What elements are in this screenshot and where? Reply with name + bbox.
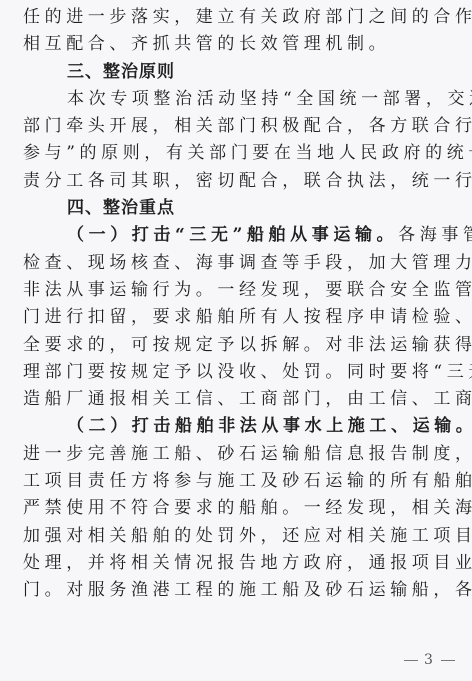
body-line: 工项目责任方将参与施工及砂石运输的所有船舶信息进行报告， (23, 468, 459, 495)
body-line: 部门牵头开展，相关部门积极配合，各方联合行动，新闻媒体积极 (23, 113, 459, 140)
subsection-line-1: （一）打击“三无”船舶从事运输。各海事管理机构要通过巡航 (23, 222, 459, 249)
section-heading-key-points: 四、整治重点 (23, 195, 459, 222)
body-line: 参与”的原则，有关部门要在当地人民政府的统一领导下，按照职 (23, 140, 459, 167)
subsection-text: 各海事管理机构要通过巡航 (398, 225, 472, 245)
body-line: 造船厂通报相关工信、工商部门，由工信、工商部门对其进行处理。 (23, 386, 459, 413)
subsection-line-2: （二）打击船舶非法从事水上施工、运输。各海事管理机构要 (23, 413, 459, 440)
subsection-title-2: （二）打击船舶非法从事水上施工、运输。 (67, 416, 472, 436)
document-page: 任的进一步落实，建立有关政府部门之间的合作机制，构建各部门 相互配合、齐抓共管的… (23, 4, 459, 605)
section-heading-principles: 三、整治原则 (23, 59, 459, 86)
body-line: 门。对服务渔港工程的施工船及砂石运输船，各相关海事管理机 (23, 577, 459, 604)
body-line: 任的进一步落实，建立有关政府部门之间的合作机制，构建各部门 (23, 4, 459, 31)
body-line: 本次专项整治活动坚持“全国统一部署，交通、海事、安全监管 (23, 86, 459, 113)
body-line: 全要求的，可按规定予以拆解。对非法运输获得利益，交通港航管 (23, 332, 459, 359)
subsection-title-1: （一）打击“三无”船舶从事运输。 (67, 225, 398, 245)
body-line: 非法从事运输行为。一经发现，要联合安全监管、交通、公安等部 (23, 277, 459, 304)
body-line: 处理，并将相关情况报告地方政府，通报项目业主及建设管理部 (23, 550, 459, 577)
body-line: 进一步完善施工船、砂石运输船信息报告制度，要求各水上水下施 (23, 441, 459, 468)
body-line: 门进行扣留，要求船舶所有人按程序申请检验、登记。无法满足安 (23, 304, 459, 331)
page-number: 3 (398, 652, 461, 668)
dash-left (404, 660, 418, 661)
body-line: 责分工各司其职，密切配合，联合执法，统一行动。 (23, 168, 459, 195)
page-number-value: 3 (424, 652, 435, 668)
body-line: 加强对相关船舶的处罚外，还应对相关施工项目责任方进行严肃 (23, 523, 459, 550)
body-line: 理部门要按规定予以没收、处罚。同时要将“三无”船舶的建造、改 (23, 359, 459, 386)
body-line: 检查、现场核查、海事调查等手段，加大管理力度，彻查“三无”船舶 (23, 250, 459, 277)
body-line: 相互配合、齐抓共管的长效管理机制。 (23, 31, 459, 58)
body-line: 严禁使用不符合要求的船舶。一经发现，相关海事管理机构除应 (23, 495, 459, 522)
dash-right (441, 660, 455, 661)
